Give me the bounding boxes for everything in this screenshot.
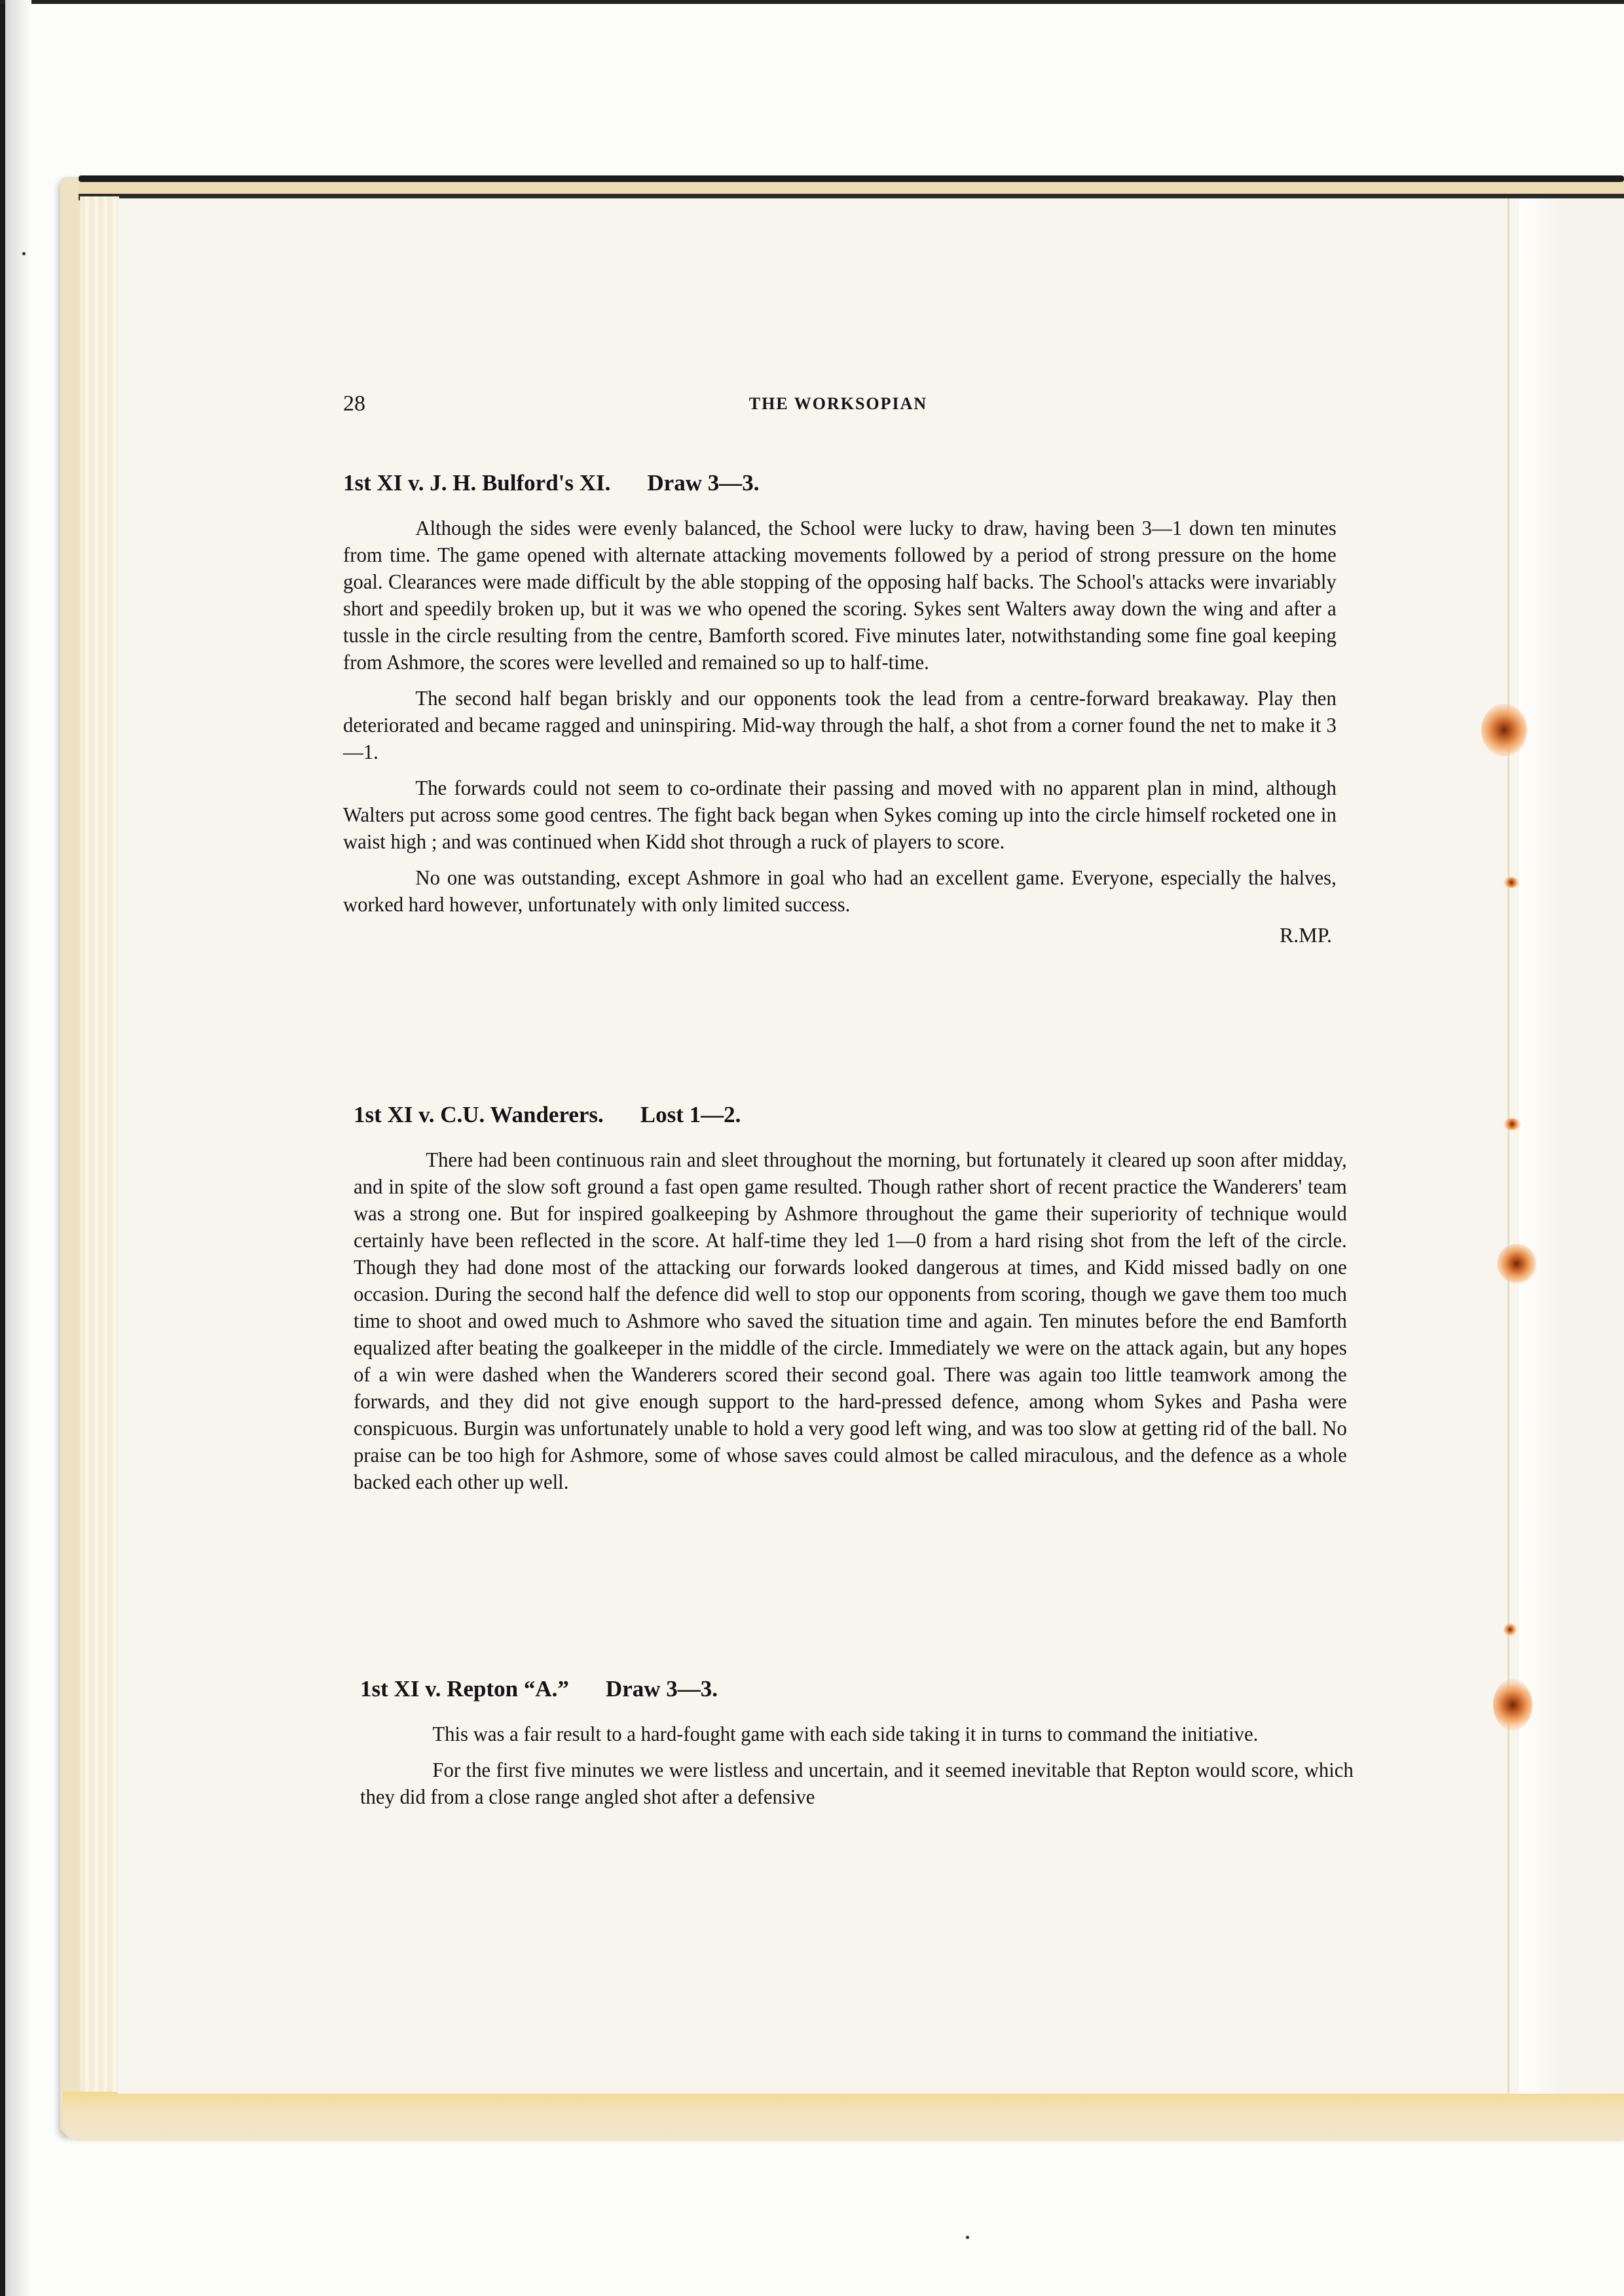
paragraph: There had been continuous rain and sleet… (354, 1146, 1347, 1495)
dust-speck (22, 252, 26, 255)
match-report-wanderers: 1st XI v. C.U. Wanderers.Lost 1—2. There… (354, 1102, 1349, 1504)
cover-bottom-band (63, 2092, 1624, 2141)
match-result: Lost 1—2. (640, 1102, 741, 1127)
match-heading: 1st XI v. Repton “A.”Draw 3—3. (360, 1676, 1356, 1702)
running-head: 28 THE WORKSOPIAN (334, 392, 1342, 418)
page-stack-edges (80, 196, 119, 2095)
dust-speck (966, 2236, 969, 2239)
paragraph: No one was outstanding, except Ashmore i… (343, 864, 1337, 918)
page-gutter (1507, 198, 1509, 2094)
paragraph: This was a fair result to a hard-fought … (360, 1721, 1354, 1747)
scanner-shadow (5, 0, 31, 2296)
rust-stain (1504, 1118, 1521, 1130)
match-heading: 1st XI v. J. H. Bulford's XI.Draw 3—3. (343, 470, 1338, 496)
match-report-bulford: 1st XI v. J. H. Bulford's XI.Draw 3—3. A… (343, 470, 1338, 947)
rust-stain (1504, 877, 1519, 888)
scanner-edge (0, 0, 5, 2296)
cover-top-edge (79, 175, 1624, 182)
match-report-repton: 1st XI v. Repton “A.”Draw 3—3. This was … (360, 1676, 1356, 1819)
match-result: Draw 3—3. (647, 470, 759, 496)
cover-top-band (79, 182, 1624, 194)
paragraph: The forwards could not seem to co-ordina… (343, 774, 1337, 855)
match-title: 1st XI v. C.U. Wanderers. (354, 1102, 604, 1127)
rust-stain (1504, 1624, 1517, 1635)
scanner-edge-top (0, 0, 1624, 4)
paragraph: Although the sides were evenly balanced,… (343, 515, 1337, 676)
rust-stain (1493, 1679, 1532, 1730)
paragraph: For the first five minutes we were listl… (360, 1757, 1354, 1810)
match-title: 1st XI v. Repton “A.” (360, 1676, 569, 1702)
author-initials: R.MP. (343, 923, 1338, 947)
match-result: Draw 3—3. (606, 1676, 718, 1702)
rust-stain (1481, 704, 1527, 756)
match-title: 1st XI v. J. H. Bulford's XI. (343, 470, 610, 496)
journal-title: THE WORKSOPIAN (334, 394, 1342, 414)
paragraph: The second half began briskly and our op… (343, 685, 1337, 765)
match-heading: 1st XI v. C.U. Wanderers.Lost 1—2. (354, 1102, 1349, 1128)
rust-stain (1497, 1244, 1536, 1283)
right-page-edge (1519, 198, 1624, 2094)
